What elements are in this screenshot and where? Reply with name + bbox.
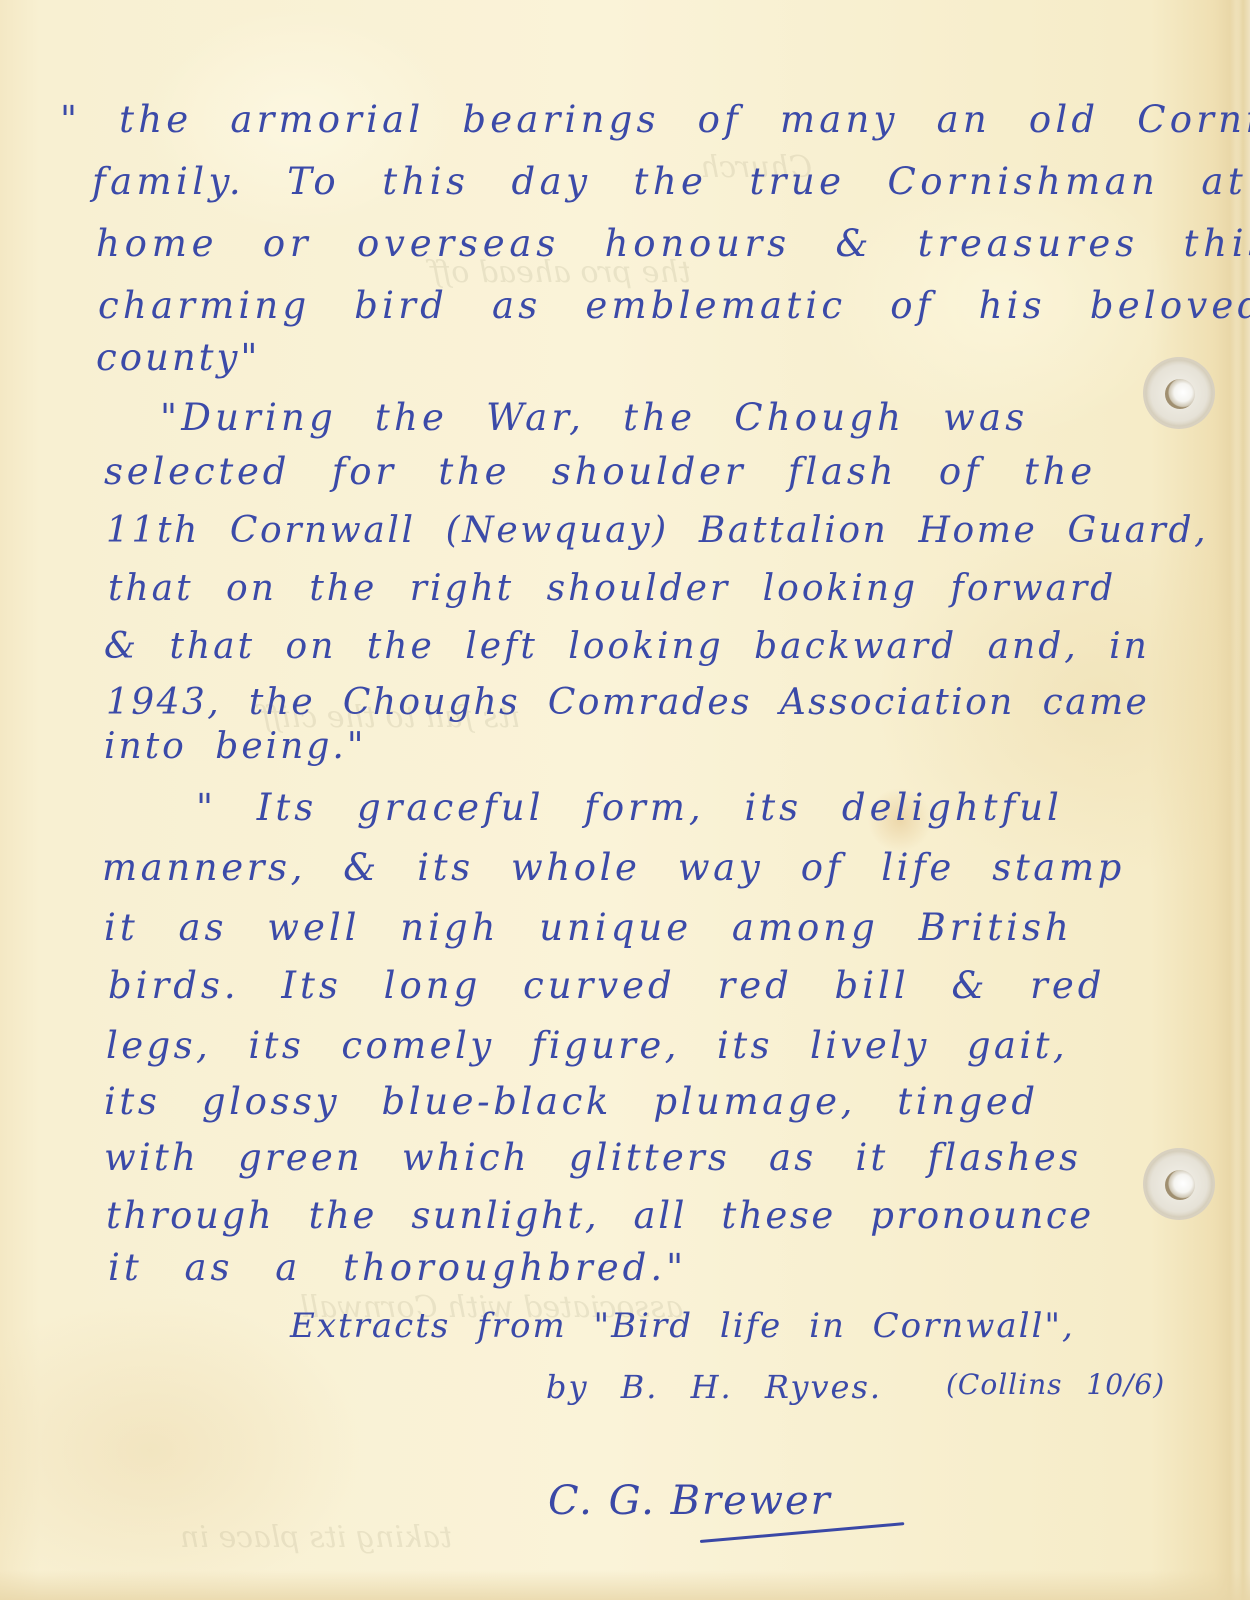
text-line: county": [96, 336, 260, 379]
text-line: with green which glitters as it flashes: [104, 1136, 1081, 1179]
text-line: legs, its comely figure, its lively gait…: [106, 1024, 1068, 1067]
text-line: family. To this day the true Cornishman …: [92, 160, 1247, 203]
signature: C. G. Brewer: [548, 1478, 832, 1524]
text-line: through the sunlight, all these pronounc…: [106, 1194, 1094, 1237]
text-line: " Its graceful form, its delightful: [196, 786, 1063, 829]
text-line: birds. Its long curved red bill & red: [108, 964, 1105, 1007]
text-line: " the armorial bearings of many an old C…: [60, 98, 1250, 141]
citation-author: by B. H. Ryves.: [546, 1368, 882, 1406]
text-line: manners, & its whole way of life stamp: [102, 846, 1125, 889]
text-line: it as a thoroughbred.": [108, 1246, 687, 1289]
text-line: selected for the shoulder flash of the: [104, 450, 1096, 493]
text-line: its glossy blue-black plumage, tinged: [104, 1080, 1039, 1123]
paper-page: Church the pro ahead off its fall to the…: [0, 0, 1250, 1600]
text-line: charming bird as emblematic of his belov…: [98, 284, 1250, 327]
text-line: into being.": [104, 726, 366, 767]
text-line: home or overseas honours & treasures thi…: [96, 222, 1250, 265]
text-line: & that on the left looking backward and,…: [104, 626, 1150, 667]
text-line: 11th Cornwall (Newquay) Battalion Home G…: [106, 510, 1208, 551]
citation-publisher-note: (Collins 10/6): [946, 1368, 1165, 1401]
text-line: it as well nigh unique among British: [104, 906, 1073, 949]
text-line: 1943, the Choughs Comrades Association c…: [106, 682, 1149, 723]
text-line: that on the right shoulder looking forwa…: [108, 568, 1116, 609]
citation-source: Extracts from "Bird life in Cornwall",: [290, 1306, 1075, 1346]
text-line: "During the War, the Chough was: [160, 396, 1028, 439]
handwritten-text: " the armorial bearings of many an old C…: [0, 0, 1250, 1600]
